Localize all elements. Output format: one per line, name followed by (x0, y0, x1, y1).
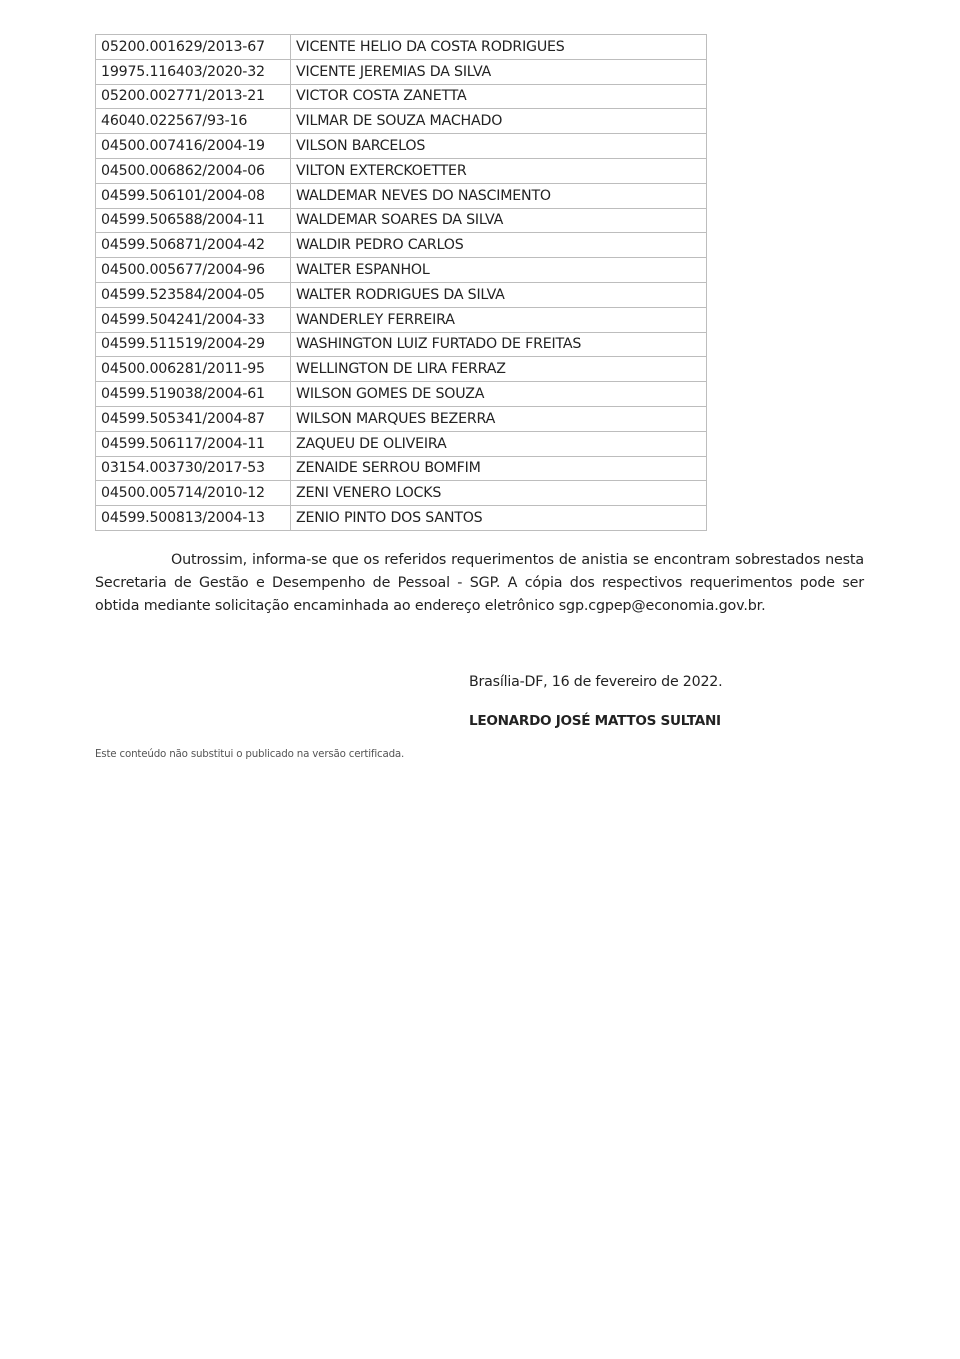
name-cell: WALDIR PEDRO CARLOS (291, 233, 707, 258)
name-cell: WALTER RODRIGUES DA SILVA (291, 282, 707, 307)
table-row: 04599.523584/2004-05WALTER RODRIGUES DA … (96, 282, 707, 307)
certification-footnote: Este conteúdo não substitui o publicado … (95, 748, 404, 760)
table-row: 03154.003730/2017-53ZENAIDE SERROU BOMFI… (96, 456, 707, 481)
document-page: 05200.001629/2013-67VICENTE HELIO DA COS… (0, 0, 960, 1359)
name-cell: VILSON BARCELOS (291, 134, 707, 159)
process-number-cell: 19975.116403/2020-32 (96, 59, 291, 84)
table-row: 05200.002771/2013-21VICTOR COSTA ZANETTA (96, 84, 707, 109)
process-number-cell: 04599.519038/2004-61 (96, 382, 291, 407)
table-row: 04599.504241/2004-33WANDERLEY FERREIRA (96, 307, 707, 332)
table-row: 46040.022567/93-16VILMAR DE SOUZA MACHAD… (96, 109, 707, 134)
process-number-cell: 04599.500813/2004-13 (96, 506, 291, 531)
process-number-cell: 04500.005677/2004-96 (96, 258, 291, 283)
process-number-cell: 04599.505341/2004-87 (96, 406, 291, 431)
name-cell: ZENI VENERO LOCKS (291, 481, 707, 506)
table-row: 04500.007416/2004-19VILSON BARCELOS (96, 134, 707, 159)
process-number-cell: 46040.022567/93-16 (96, 109, 291, 134)
name-cell: WALTER ESPANHOL (291, 258, 707, 283)
name-cell: WASHINGTON LUIZ FURTADO DE FREITAS (291, 332, 707, 357)
body-paragraph: Outrossim, informa-se que os referidos r… (95, 549, 864, 618)
process-number-cell: 03154.003730/2017-53 (96, 456, 291, 481)
table-row: 04599.506117/2004-11ZAQUEU DE OLIVEIRA (96, 431, 707, 456)
name-cell: WALDEMAR SOARES DA SILVA (291, 208, 707, 233)
process-number-cell: 05200.001629/2013-67 (96, 35, 291, 60)
name-cell: ZENAIDE SERROU BOMFIM (291, 456, 707, 481)
table-row: 04500.005714/2010-12ZENI VENERO LOCKS (96, 481, 707, 506)
table-row: 04599.506588/2004-11WALDEMAR SOARES DA S… (96, 208, 707, 233)
process-number-cell: 04599.511519/2004-29 (96, 332, 291, 357)
process-number-cell: 05200.002771/2013-21 (96, 84, 291, 109)
name-cell: ZENIO PINTO DOS SANTOS (291, 506, 707, 531)
table-row: 04500.006862/2004-06VILTON EXTERCKOETTER (96, 158, 707, 183)
name-cell: VILTON EXTERCKOETTER (291, 158, 707, 183)
name-cell: WANDERLEY FERREIRA (291, 307, 707, 332)
process-number-cell: 04500.007416/2004-19 (96, 134, 291, 159)
table-row: 04599.511519/2004-29WASHINGTON LUIZ FURT… (96, 332, 707, 357)
process-number-cell: 04599.504241/2004-33 (96, 307, 291, 332)
table-row: 04500.006281/2011-95WELLINGTON DE LIRA F… (96, 357, 707, 382)
name-cell: VICENTE JEREMIAS DA SILVA (291, 59, 707, 84)
table-row: 04599.505341/2004-87WILSON MARQUES BEZER… (96, 406, 707, 431)
table-row: 05200.001629/2013-67VICENTE HELIO DA COS… (96, 35, 707, 60)
name-cell: WILSON GOMES DE SOUZA (291, 382, 707, 407)
table-body: 05200.001629/2013-67VICENTE HELIO DA COS… (96, 35, 707, 531)
name-cell: VILMAR DE SOUZA MACHADO (291, 109, 707, 134)
table-row: 19975.116403/2020-32VICENTE JEREMIAS DA … (96, 59, 707, 84)
name-cell: ZAQUEU DE OLIVEIRA (291, 431, 707, 456)
process-number-cell: 04500.006281/2011-95 (96, 357, 291, 382)
table-row: 04500.005677/2004-96WALTER ESPANHOL (96, 258, 707, 283)
process-number-cell: 04500.006862/2004-06 (96, 158, 291, 183)
process-number-cell: 04500.005714/2010-12 (96, 481, 291, 506)
name-cell: WELLINGTON DE LIRA FERRAZ (291, 357, 707, 382)
date-line: Brasília-DF, 16 de fevereiro de 2022. (469, 674, 722, 690)
table-row: 04599.519038/2004-61WILSON GOMES DE SOUZ… (96, 382, 707, 407)
process-number-cell: 04599.506588/2004-11 (96, 208, 291, 233)
process-number-cell: 04599.506871/2004-42 (96, 233, 291, 258)
name-cell: VICENTE HELIO DA COSTA RODRIGUES (291, 35, 707, 60)
name-cell: WALDEMAR NEVES DO NASCIMENTO (291, 183, 707, 208)
table-row: 04599.506871/2004-42WALDIR PEDRO CARLOS (96, 233, 707, 258)
signer-name: LEONARDO JOSÉ MATTOS SULTANI (469, 713, 721, 729)
anistia-requests-table: 05200.001629/2013-67VICENTE HELIO DA COS… (95, 34, 707, 531)
table-row: 04599.506101/2004-08WALDEMAR NEVES DO NA… (96, 183, 707, 208)
process-number-cell: 04599.523584/2004-05 (96, 282, 291, 307)
process-number-cell: 04599.506117/2004-11 (96, 431, 291, 456)
name-cell: WILSON MARQUES BEZERRA (291, 406, 707, 431)
name-cell: VICTOR COSTA ZANETTA (291, 84, 707, 109)
process-number-cell: 04599.506101/2004-08 (96, 183, 291, 208)
body-paragraph-text: Outrossim, informa-se que os referidos r… (95, 552, 864, 614)
table-row: 04599.500813/2004-13ZENIO PINTO DOS SANT… (96, 506, 707, 531)
